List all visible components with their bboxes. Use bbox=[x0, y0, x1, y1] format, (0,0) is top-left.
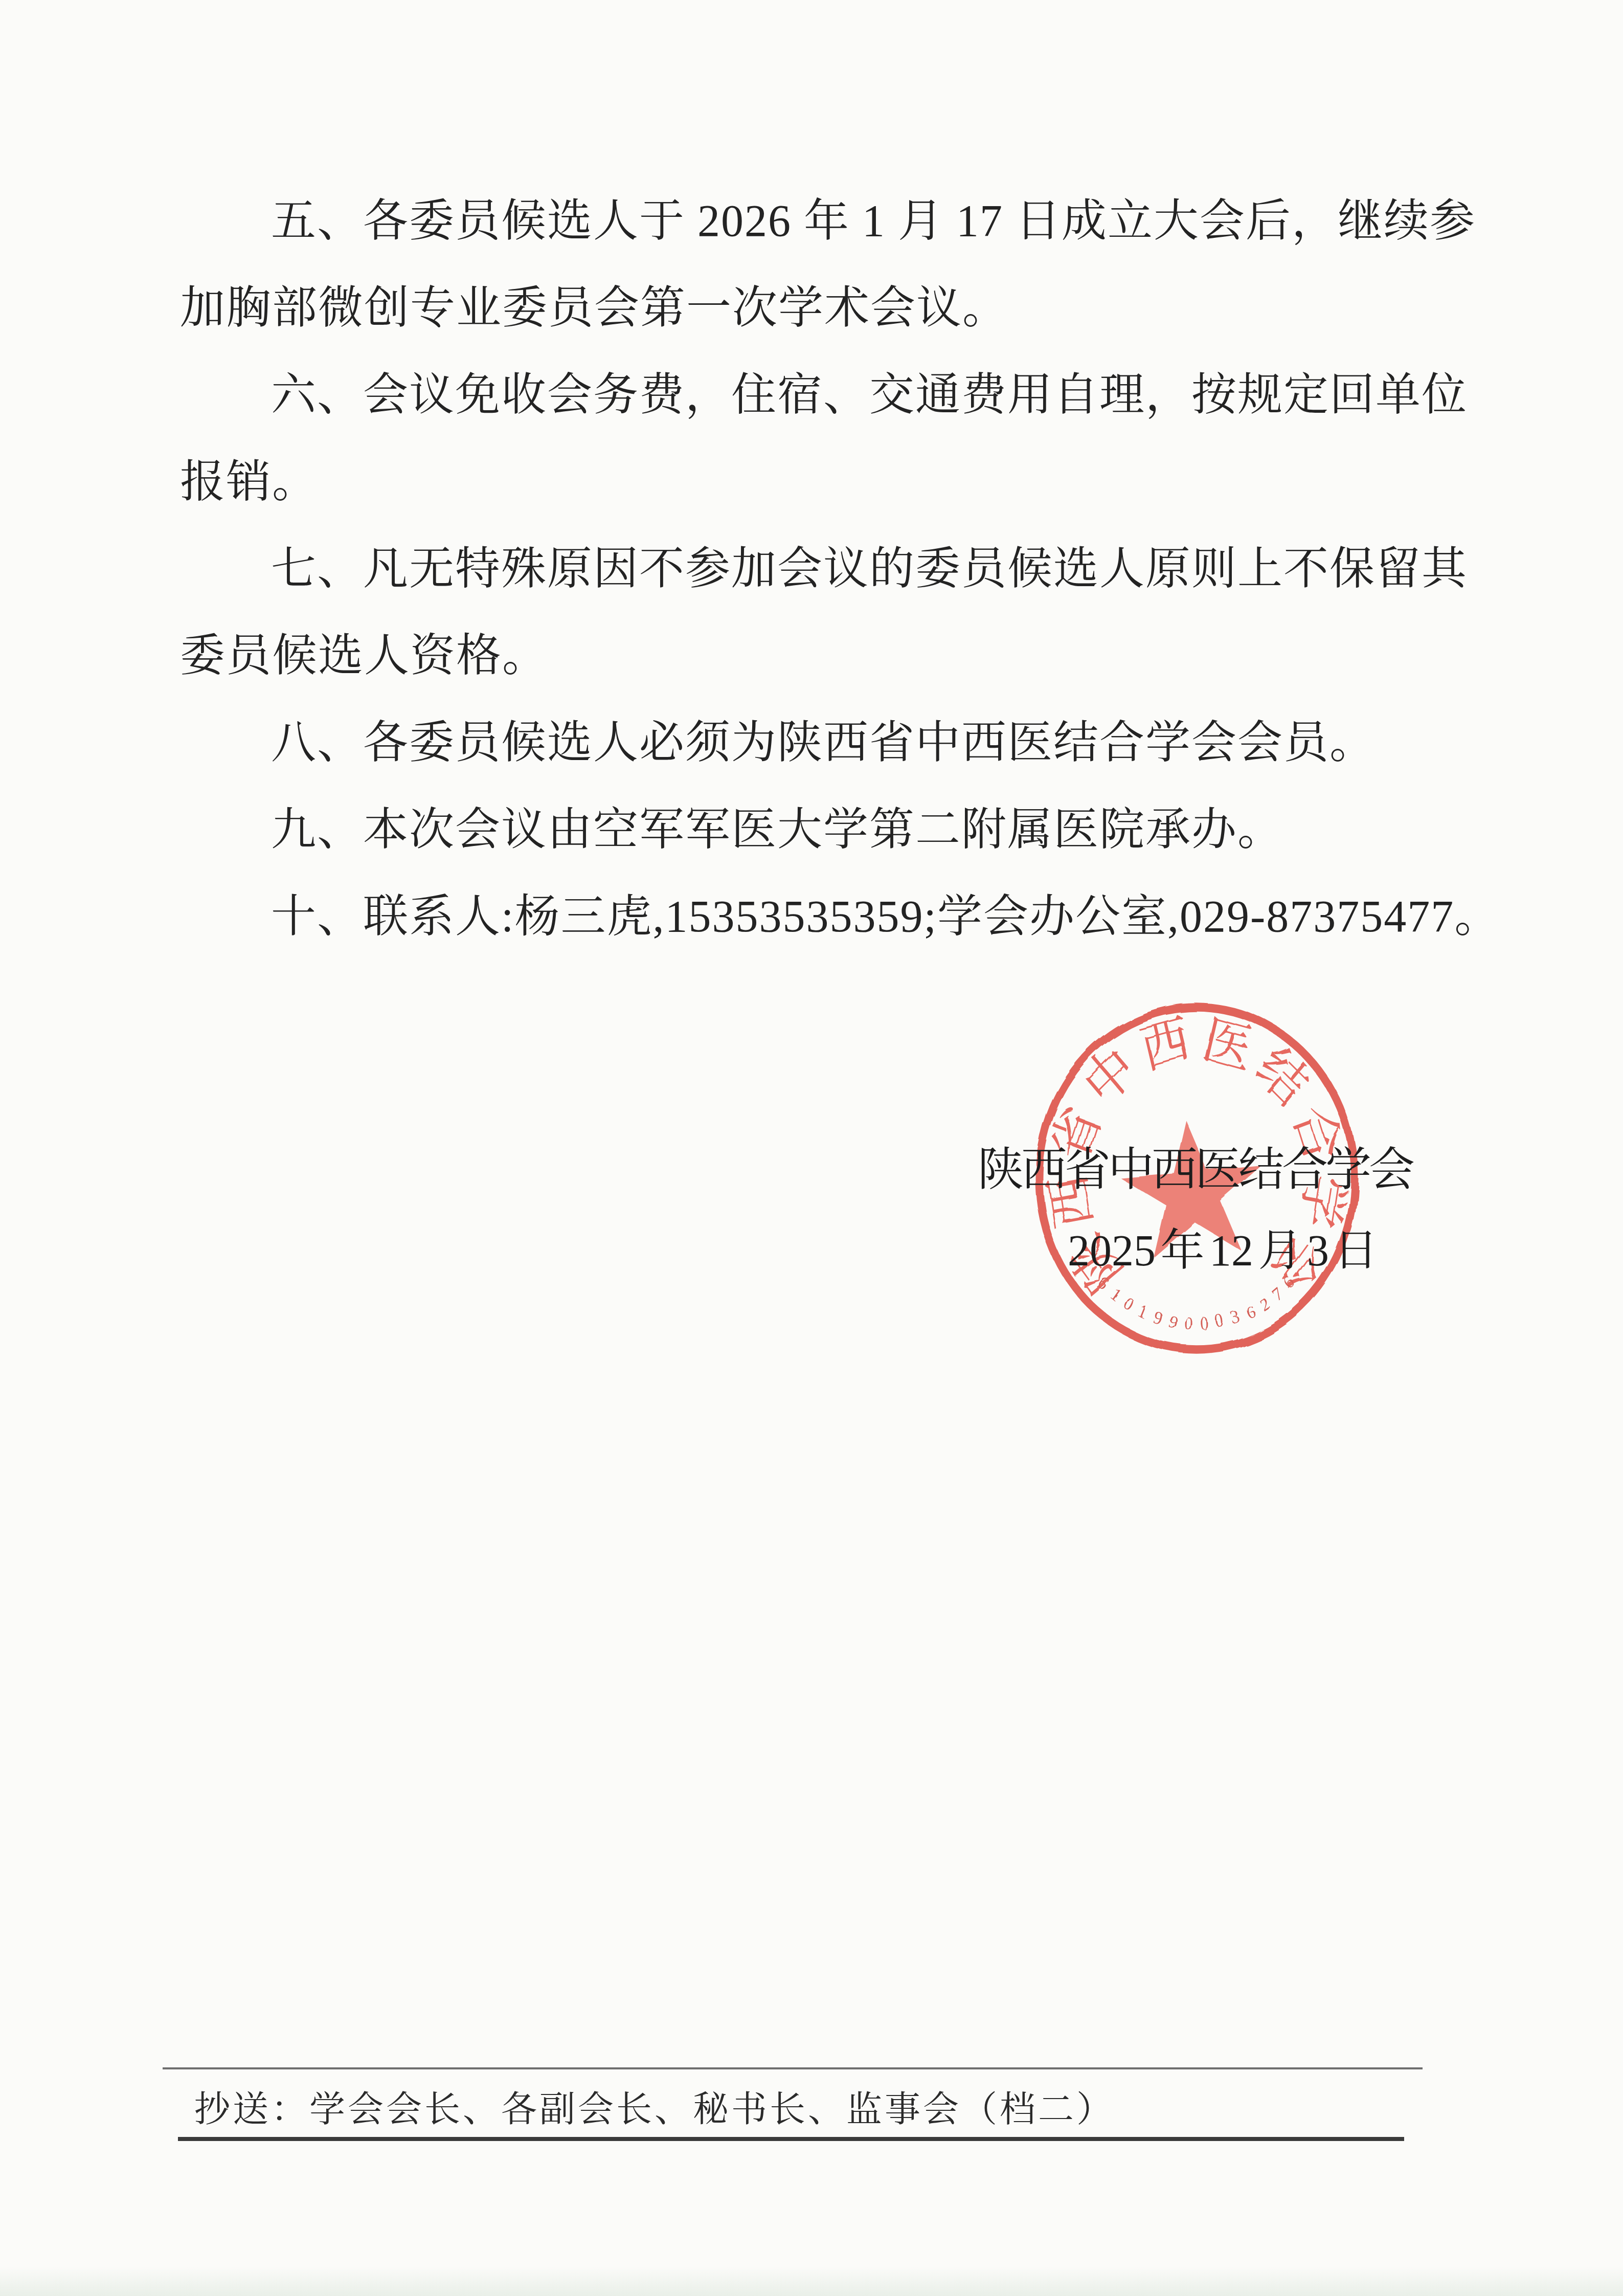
svg-text:0: 0 bbox=[1214, 1311, 1226, 1332]
footer-divider-thick bbox=[178, 2137, 1404, 2141]
svg-text:医: 医 bbox=[1197, 1010, 1258, 1080]
svg-text:0: 0 bbox=[1120, 1293, 1137, 1315]
scanned-document-page: 五、各委员候选人于 2026 年 1 月 17 日成立大会后，继续参 加胸部微创… bbox=[0, 0, 1623, 2296]
body-text-line: 八、各委员候选人必须为陕西省中西医结合学会会员。 bbox=[180, 700, 1407, 787]
footer-cc-line: 抄送：学会会长、各副会长、秘书长、监事会（档二） bbox=[194, 2088, 1115, 2133]
svg-text:7: 7 bbox=[1269, 1283, 1287, 1305]
body-text-line: 七、凡无特殊原因不参加会议的委员候选人原则上不保留其 bbox=[180, 526, 1407, 613]
body-text-line: 报销。 bbox=[180, 439, 1407, 526]
bottom-scan-edge bbox=[0, 2266, 1623, 2296]
signature-date: 2025 年 12 月 3 日 bbox=[1068, 1227, 1378, 1275]
svg-text:3: 3 bbox=[1229, 1307, 1242, 1329]
svg-text:0: 0 bbox=[1184, 1313, 1193, 1334]
svg-text:9: 9 bbox=[1151, 1307, 1164, 1329]
signature-organization: 陕西省中西医结合学会 bbox=[978, 1145, 1412, 1195]
seal-serial-number: 61019900036276 bbox=[1094, 1273, 1299, 1334]
document-body: 五、各委员候选人于 2026 年 1 月 17 日成立大会后，继续参 加胸部微创… bbox=[180, 178, 1407, 961]
svg-text:西: 西 bbox=[1135, 1010, 1196, 1080]
svg-text:结: 结 bbox=[1246, 1037, 1319, 1117]
body-text-line: 委员候选人资格。 bbox=[180, 613, 1407, 700]
svg-text:9: 9 bbox=[1167, 1311, 1179, 1332]
body-text-line: 六、会议免收会务费，住宿、交通费用自理，按规定回单位 bbox=[180, 352, 1407, 439]
svg-text:2: 2 bbox=[1256, 1293, 1273, 1315]
body-text-line: 十、联系人:杨三虎,15353535359;学会办公室,029-87375477… bbox=[180, 874, 1407, 961]
svg-text:0: 0 bbox=[1200, 1313, 1209, 1334]
svg-text:1: 1 bbox=[1135, 1301, 1151, 1323]
body-text-line: 九、本次会议由空军军医大学第二附属医院承办。 bbox=[180, 787, 1407, 874]
svg-text:中: 中 bbox=[1074, 1037, 1147, 1117]
body-text-line: 五、各委员候选人于 2026 年 1 月 17 日成立大会后，继续参 bbox=[180, 178, 1407, 265]
body-text-line: 加胸部微创专业委员会第一次学术会议。 bbox=[180, 265, 1407, 352]
footer-divider-thin bbox=[163, 2067, 1423, 2069]
svg-text:6: 6 bbox=[1243, 1301, 1258, 1323]
